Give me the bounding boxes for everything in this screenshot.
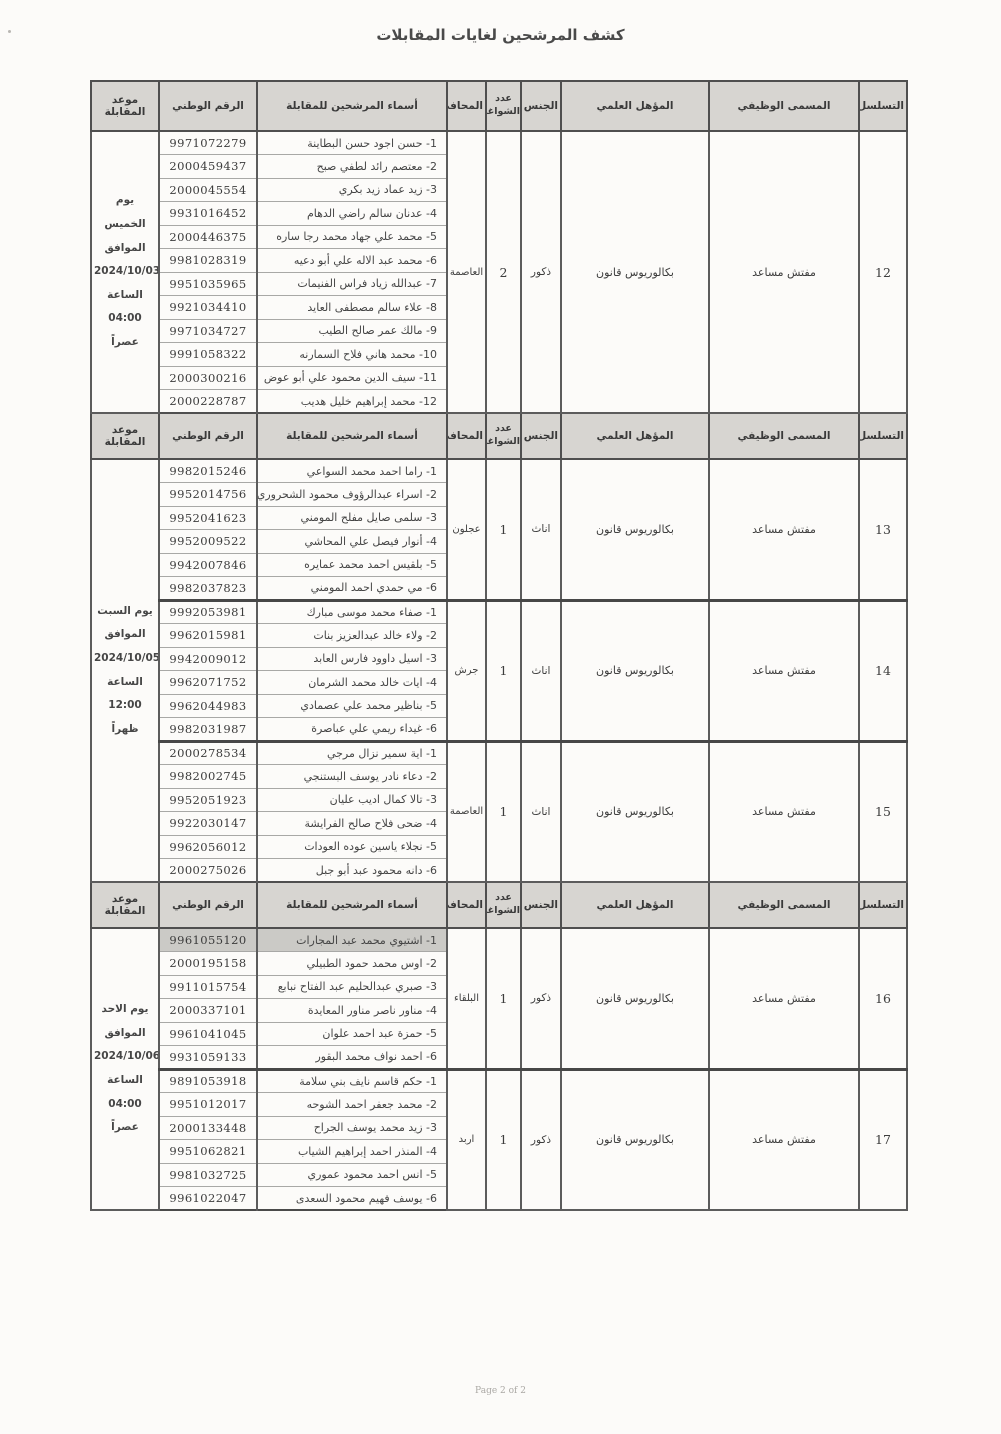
national-id-cell: 9981028319 xyxy=(159,249,257,273)
national-id-cell: 9982002745 xyxy=(159,765,257,789)
candidate-name-cell: 2- اسراء عبدالرؤوف محمود الشحروري xyxy=(257,483,447,507)
header-line: عدد xyxy=(487,892,520,905)
job-title-cell: مفتش مساعد xyxy=(709,131,859,413)
candidate-name-cell: 4- مناور ناصر مناور المعايدة xyxy=(257,999,447,1023)
date-line: 04:00 عصراً xyxy=(94,307,156,354)
candidate-name-cell: 3- سلمى صايل مفلح المومني xyxy=(257,506,447,530)
national-id-cell: 9911015754 xyxy=(159,975,257,999)
date-line: يوم السبت xyxy=(94,600,156,624)
serial-cell: 17 xyxy=(859,1069,907,1210)
national-id-cell: 9962071752 xyxy=(159,671,257,695)
header-line: عدد xyxy=(487,423,520,436)
candidate-name-cell: 2- محمد جعفر احمد الشوحه xyxy=(257,1093,447,1117)
national-id-cell: 9931016452 xyxy=(159,202,257,226)
date-line: 2024/10/05 xyxy=(94,647,156,671)
governorate-cell: العاصمة xyxy=(447,741,486,882)
header-cell-qualification: المؤهل العلمي xyxy=(561,81,709,131)
header-cell-gender: الجنس xyxy=(521,413,561,459)
national-id-cell: 9952009522 xyxy=(159,530,257,554)
national-id-cell: 9951035965 xyxy=(159,272,257,296)
candidate-name-cell: 4- ضحى فلاح صالح الفرايشة xyxy=(257,812,447,836)
candidate-name-cell: 3- زيد محمد يوسف الجراح xyxy=(257,1116,447,1140)
candidate-name-cell: 6- يوسف فهيم محمود السعدى xyxy=(257,1187,447,1211)
candidate-name-cell: 9- مالك عمر صالح الطيب xyxy=(257,319,447,343)
interview-date-cell: يوم السبتالموافق2024/10/05الساعة12:00 ظه… xyxy=(91,459,159,882)
serial-cell: 13 xyxy=(859,459,907,600)
header-cell-gender: الجنس xyxy=(521,882,561,928)
job-title-cell: مفتش مساعد xyxy=(709,459,859,600)
qualification-cell: بكالوريوس قانون xyxy=(561,741,709,882)
candidate-name-cell: 2- دعاء نادر يوسف البستنجي xyxy=(257,765,447,789)
date-line: 2024/10/03 xyxy=(94,260,156,284)
candidate-row: 12مفتش مساعدبكالوريوس قانونذكور2العاصمة1… xyxy=(91,131,907,155)
candidate-name-cell: 6- دانه محمود عبد أبو جبل xyxy=(257,859,447,883)
national-id-cell: 2000275026 xyxy=(159,859,257,883)
header-cell-interview_date: موعد المقابلة xyxy=(91,81,159,131)
national-id-cell: 9971034727 xyxy=(159,319,257,343)
candidate-name-cell: 4- ايات خالد محمد الشرمان xyxy=(257,671,447,695)
candidate-name-cell: 6- غيداء ريمي علي عباصرة xyxy=(257,718,447,742)
header-line: الشواغر xyxy=(487,106,520,119)
candidates-table: التسلسلالمسمى الوظيفيالمؤهل العلميالجنسع… xyxy=(90,80,908,1211)
national-id-cell: 9942009012 xyxy=(159,647,257,671)
job-title-cell: مفتش مساعد xyxy=(709,741,859,882)
candidate-name-cell: 4- أنوار فيصل علي المحاشي xyxy=(257,530,447,554)
candidate-name-cell: 4- المنذر احمد إبراهيم الشياب xyxy=(257,1140,447,1164)
header-cell-vacancies: عددالشواغر xyxy=(486,882,521,928)
job-title-cell: مفتش مساعد xyxy=(709,600,859,741)
candidate-name-cell: 5- نجلاء ياسين عوده العودات xyxy=(257,835,447,859)
gender-cell: ذكور xyxy=(521,928,561,1069)
interview-date-cell: يوم الخميسالموافق2024/10/03الساعة04:00 ع… xyxy=(91,131,159,413)
candidate-name-cell: 1- حكم قاسم نايف بني سلامة xyxy=(257,1069,447,1093)
national-id-cell: 9921034410 xyxy=(159,296,257,320)
header-cell-serial: التسلسل xyxy=(859,882,907,928)
candidate-name-cell: 1- اشتيوي محمد عبد المجارات xyxy=(257,928,447,952)
national-id-cell: 9952014756 xyxy=(159,483,257,507)
national-id-cell: 9952041623 xyxy=(159,506,257,530)
header-cell-serial: التسلسل xyxy=(859,81,907,131)
vacancies-cell: 1 xyxy=(486,1069,521,1210)
national-id-cell: 9991058322 xyxy=(159,343,257,367)
national-id-cell: 2000045554 xyxy=(159,178,257,202)
vacancies-cell: 2 xyxy=(486,131,521,413)
candidate-name-cell: 1- حسن اجود حسن البطاينة xyxy=(257,131,447,155)
document-page: كشف المرشحين لغايات المقابلات التسلسلالم… xyxy=(0,0,1001,1434)
header-cell-governorate: المحافظة xyxy=(447,413,486,459)
national-id-cell: 9982015246 xyxy=(159,459,257,483)
national-id-cell: 9951062821 xyxy=(159,1140,257,1164)
header-cell-qualification: المؤهل العلمي xyxy=(561,413,709,459)
candidates-table-wrapper: التسلسلالمسمى الوظيفيالمؤهل العلميالجنسع… xyxy=(90,80,908,1211)
header-cell-names: أسماء المرشحين للمقابلة xyxy=(257,413,447,459)
national-id-cell: 9951012017 xyxy=(159,1093,257,1117)
candidate-name-cell: 11- سيف الدين محمود علي أبو عوض xyxy=(257,366,447,390)
candidate-name-cell: 7- عبدالله زياد فراس الفنيمات xyxy=(257,272,447,296)
national-id-cell: 2000459437 xyxy=(159,155,257,179)
national-id-cell: 9962015981 xyxy=(159,624,257,648)
vacancies-cell: 1 xyxy=(486,600,521,741)
header-cell-governorate: المحافظة xyxy=(447,882,486,928)
national-id-cell: 9962044983 xyxy=(159,694,257,718)
header-cell-national_id: الرقم الوطني xyxy=(159,81,257,131)
vacancies-cell: 1 xyxy=(486,459,521,600)
national-id-cell: 9962056012 xyxy=(159,835,257,859)
header-cell-vacancies: عددالشواغر xyxy=(486,81,521,131)
serial-cell: 12 xyxy=(859,131,907,413)
candidate-name-cell: 2- معتصم رائد لطفي صبح xyxy=(257,155,447,179)
candidate-name-cell: 5- بلقيس احمد محمد عمايره xyxy=(257,553,447,577)
governorate-cell: البلقاء xyxy=(447,928,486,1069)
header-cell-interview_date: موعد المقابلة xyxy=(91,882,159,928)
header-line: الشواغر xyxy=(487,905,520,918)
national-id-cell: 2000133448 xyxy=(159,1116,257,1140)
candidate-name-cell: 1- اية سمير نزال مرجي xyxy=(257,741,447,765)
interview-date-cell: يوم الاحد الموافق2024/10/06الساعة04:00 ع… xyxy=(91,928,159,1210)
vacancies-cell: 1 xyxy=(486,741,521,882)
vacancies-cell: 1 xyxy=(486,928,521,1069)
candidate-name-cell: 10- محمد هاني فلاح السمارنه xyxy=(257,343,447,367)
date-line: يوم الخميس xyxy=(94,189,156,236)
header-line: عدد xyxy=(487,93,520,106)
candidate-row: 14مفتش مساعدبكالوريوس قانوناناث1جرش1- صف… xyxy=(91,600,907,624)
national-id-cell: 9922030147 xyxy=(159,812,257,836)
national-id-cell: 2000278534 xyxy=(159,741,257,765)
candidate-row: 15مفتش مساعدبكالوريوس قانوناناث1العاصمة1… xyxy=(91,741,907,765)
national-id-cell: 9992053981 xyxy=(159,600,257,624)
header-cell-job_title: المسمى الوظيفي xyxy=(709,413,859,459)
governorate-cell: جرش xyxy=(447,600,486,741)
page-footer: Page 2 of 2 xyxy=(0,1386,1001,1396)
national-id-cell: 9961022047 xyxy=(159,1187,257,1211)
header-cell-job_title: المسمى الوظيفي xyxy=(709,81,859,131)
candidate-row: 17مفتش مساعدبكالوريوس قانونذكور1اربد1- ح… xyxy=(91,1069,907,1093)
qualification-cell: بكالوريوس قانون xyxy=(561,600,709,741)
header-cell-names: أسماء المرشحين للمقابلة xyxy=(257,81,447,131)
national-id-cell: 2000446375 xyxy=(159,225,257,249)
header-cell-national_id: الرقم الوطني xyxy=(159,413,257,459)
national-id-cell: 2000228787 xyxy=(159,390,257,414)
national-id-cell: 2000337101 xyxy=(159,999,257,1023)
candidate-name-cell: 1- صفاء محمد موسى مبارك xyxy=(257,600,447,624)
candidate-row: 16مفتش مساعدبكالوريوس قانونذكور1البلقاء1… xyxy=(91,928,907,952)
date-line: الموافق xyxy=(94,623,156,647)
national-id-cell: 2000195158 xyxy=(159,952,257,976)
candidate-name-cell: 6- مي حمدي احمد المومني xyxy=(257,577,447,601)
national-id-cell: 9981032725 xyxy=(159,1163,257,1187)
governorate-cell: اربد xyxy=(447,1069,486,1210)
candidate-name-cell: 4- عدنان سالم راضي الدهام xyxy=(257,202,447,226)
candidate-row: 13مفتش مساعدبكالوريوس قانوناناث1عجلون1- … xyxy=(91,459,907,483)
gender-cell: ذكور xyxy=(521,131,561,413)
candidate-name-cell: 12- محمد إبراهيم خليل هديب xyxy=(257,390,447,414)
header-cell-serial: التسلسل xyxy=(859,413,907,459)
gender-cell: اناث xyxy=(521,741,561,882)
qualification-cell: بكالوريوس قانون xyxy=(561,1069,709,1210)
candidate-name-cell: 5- حمزة عبد احمد علوان xyxy=(257,1022,447,1046)
candidate-name-cell: 2- ولاء خالد عبدالعزيز بنات xyxy=(257,624,447,648)
header-cell-governorate: المحافظة xyxy=(447,81,486,131)
table-header-row: التسلسلالمسمى الوظيفيالمؤهل العلميالجنسع… xyxy=(91,413,907,459)
date-line: 2024/10/06 xyxy=(94,1045,156,1069)
header-line: الشواغر xyxy=(487,436,520,449)
national-id-cell: 9931059133 xyxy=(159,1046,257,1070)
qualification-cell: بكالوريوس قانون xyxy=(561,459,709,600)
candidate-name-cell: 1- راما احمد محمد السواعي xyxy=(257,459,447,483)
candidate-name-cell: 2- اوس محمد حمود الطبيلي xyxy=(257,952,447,976)
page-title: كشف المرشحين لغايات المقابلات xyxy=(0,26,1001,44)
candidate-name-cell: 5- محمد علي جهاد محمد رجا ساره xyxy=(257,225,447,249)
candidate-name-cell: 3- اسيل داوود فارس العابد xyxy=(257,647,447,671)
national-id-cell: 9961055120 xyxy=(159,928,257,952)
candidate-name-cell: 5- بناظير محمد علي عصمادي xyxy=(257,694,447,718)
national-id-cell: 9891053918 xyxy=(159,1069,257,1093)
header-cell-interview_date: موعد المقابلة xyxy=(91,413,159,459)
national-id-cell: 2000300216 xyxy=(159,366,257,390)
candidate-name-cell: 6- محمد عبد الاله علي أبو دعيه xyxy=(257,249,447,273)
gender-cell: ذكور xyxy=(521,1069,561,1210)
date-line: الساعة xyxy=(94,1069,156,1093)
job-title-cell: مفتش مساعد xyxy=(709,928,859,1069)
serial-cell: 16 xyxy=(859,928,907,1069)
candidate-name-cell: 6- احمد نواف محمد البقور xyxy=(257,1046,447,1070)
qualification-cell: بكالوريوس قانون xyxy=(561,131,709,413)
candidate-name-cell: 3- تالا كمال اديب عليان xyxy=(257,788,447,812)
header-cell-names: أسماء المرشحين للمقابلة xyxy=(257,882,447,928)
candidate-name-cell: 5- انس احمد محمود عموري xyxy=(257,1163,447,1187)
header-cell-gender: الجنس xyxy=(521,81,561,131)
gender-cell: اناث xyxy=(521,459,561,600)
header-cell-job_title: المسمى الوظيفي xyxy=(709,882,859,928)
header-cell-national_id: الرقم الوطني xyxy=(159,882,257,928)
candidate-name-cell: 8- علاء سالم مصطفى العايد xyxy=(257,296,447,320)
candidate-name-cell: 3- صبري عبدالحليم عبد الفتاح نبابع xyxy=(257,975,447,999)
national-id-cell: 9952051923 xyxy=(159,788,257,812)
date-line: 12:00 ظهراً xyxy=(94,694,156,741)
governorate-cell: عجلون xyxy=(447,459,486,600)
serial-cell: 14 xyxy=(859,600,907,741)
header-cell-qualification: المؤهل العلمي xyxy=(561,882,709,928)
serial-cell: 15 xyxy=(859,741,907,882)
national-id-cell: 9971072279 xyxy=(159,131,257,155)
qualification-cell: بكالوريوس قانون xyxy=(561,928,709,1069)
governorate-cell: العاصمة xyxy=(447,131,486,413)
job-title-cell: مفتش مساعد xyxy=(709,1069,859,1210)
date-line: يوم الاحد الموافق xyxy=(94,998,156,1045)
date-line: 04:00 عصراً xyxy=(94,1093,156,1140)
date-line: الساعة xyxy=(94,284,156,308)
date-line: الساعة xyxy=(94,671,156,695)
national-id-cell: 9982037823 xyxy=(159,577,257,601)
national-id-cell: 9961041045 xyxy=(159,1022,257,1046)
date-line: الموافق xyxy=(94,237,156,261)
table-header-row: التسلسلالمسمى الوظيفيالمؤهل العلميالجنسع… xyxy=(91,81,907,131)
table-header-row: التسلسلالمسمى الوظيفيالمؤهل العلميالجنسع… xyxy=(91,882,907,928)
gender-cell: اناث xyxy=(521,600,561,741)
national-id-cell: 9982031987 xyxy=(159,718,257,742)
national-id-cell: 9942007846 xyxy=(159,553,257,577)
header-cell-vacancies: عددالشواغر xyxy=(486,413,521,459)
candidate-name-cell: 3- زيد عماد زيد بكري xyxy=(257,178,447,202)
